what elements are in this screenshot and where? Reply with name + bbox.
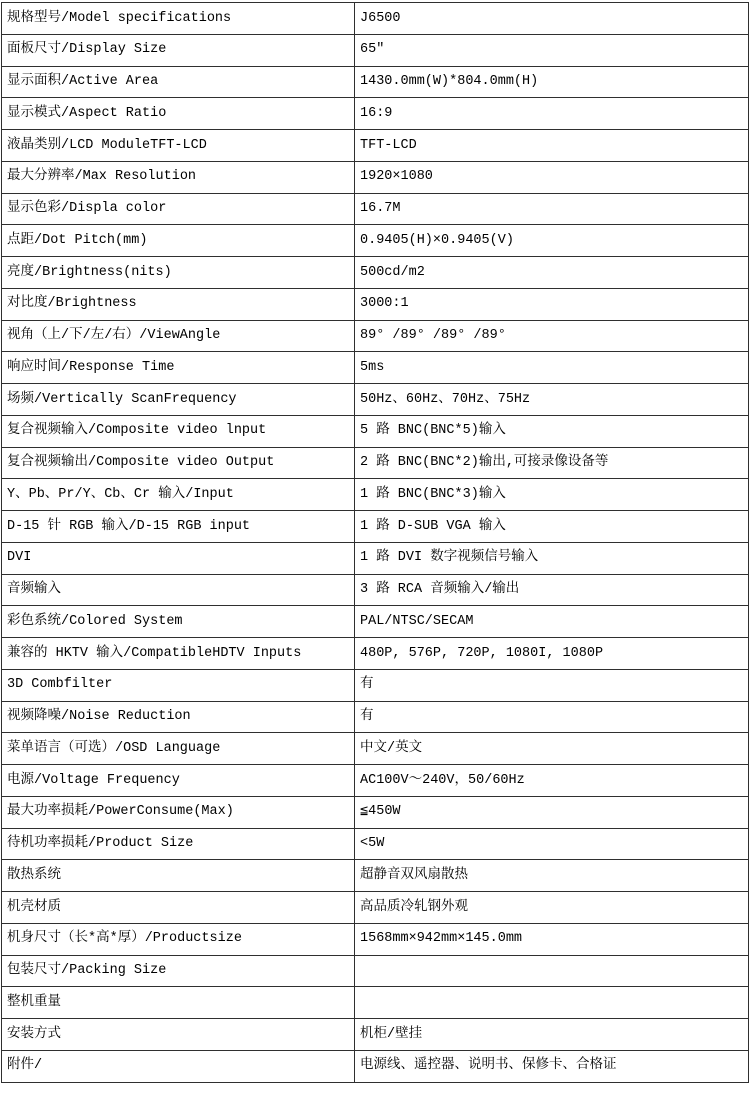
spec-value: 1 路 D-SUB VGA 输入: [355, 511, 749, 543]
table-row: 彩色系统/Colored System PAL/NTSC/SECAM: [2, 606, 749, 638]
spec-label: 亮度/Brightness(nits): [2, 257, 355, 289]
spec-table: 规格型号/Model specifications J6500 面板尺寸/Dis…: [1, 2, 749, 1083]
spec-label: DVI: [2, 542, 355, 574]
spec-label: 菜单语言（可选）/OSD Language: [2, 733, 355, 765]
spec-value: 1 路 BNC(BNC*3)输入: [355, 479, 749, 511]
spec-value: 16:9: [355, 98, 749, 130]
table-row: 场频/Vertically ScanFrequency 50Hz、60Hz、70…: [2, 384, 749, 416]
table-row: 对比度/Brightness 3000:1: [2, 288, 749, 320]
table-row: 亮度/Brightness(nits) 500cd/m2: [2, 257, 749, 289]
table-row: 整机重量: [2, 987, 749, 1019]
table-row: D-15 针 RGB 输入/D-15 RGB input 1 路 D-SUB V…: [2, 511, 749, 543]
spec-label: 电源/Voltage Frequency: [2, 765, 355, 797]
table-row: 复合视频输入/Composite video lnput 5 路 BNC(BNC…: [2, 415, 749, 447]
table-row: 显示模式/Aspect Ratio 16:9: [2, 98, 749, 130]
table-row: Y、Pb、Pr/Y、Cb、Cr 输入/Input 1 路 BNC(BNC*3)输…: [2, 479, 749, 511]
spec-value: 16.7M: [355, 193, 749, 225]
spec-label: 3D Combfilter: [2, 669, 355, 701]
spec-label: 液晶类别/LCD ModuleTFT-LCD: [2, 130, 355, 162]
spec-label: 场频/Vertically ScanFrequency: [2, 384, 355, 416]
spec-label: 待机功率损耗/Product Size: [2, 828, 355, 860]
spec-label: 音频输入: [2, 574, 355, 606]
table-row: 音频输入 3 路 RCA 音频输入/输出: [2, 574, 749, 606]
spec-value: [355, 987, 749, 1019]
spec-label: 复合视频输入/Composite video lnput: [2, 415, 355, 447]
spec-value: 2 路 BNC(BNC*2)输出,可接录像设备等: [355, 447, 749, 479]
spec-value: 5 路 BNC(BNC*5)输入: [355, 415, 749, 447]
spec-label: 最大功率损耗/PowerConsume(Max): [2, 796, 355, 828]
spec-label: 响应时间/Response Time: [2, 352, 355, 384]
spec-label: 对比度/Brightness: [2, 288, 355, 320]
spec-value: AC100V～240V，50/60Hz: [355, 765, 749, 797]
spec-label: 复合视频输出/Composite video Output: [2, 447, 355, 479]
table-row: 待机功率损耗/Product Size <5W: [2, 828, 749, 860]
table-row: 3D Combfilter 有: [2, 669, 749, 701]
spec-value: 65″: [355, 34, 749, 66]
table-row: 菜单语言（可选）/OSD Language 中文/英文: [2, 733, 749, 765]
spec-label: 安装方式: [2, 1019, 355, 1051]
spec-value: 3000:1: [355, 288, 749, 320]
table-row: 附件/ 电源线、遥控器、说明书、保修卡、合格证: [2, 1050, 749, 1082]
spec-value: 0.9405(H)×0.9405(V): [355, 225, 749, 257]
spec-value: 89° /89° /89° /89°: [355, 320, 749, 352]
table-row: 最大功率损耗/PowerConsume(Max) ≦450W: [2, 796, 749, 828]
spec-value: J6500: [355, 3, 749, 35]
table-row: 显示色彩/Displa color 16.7M: [2, 193, 749, 225]
table-row: 规格型号/Model specifications J6500: [2, 3, 749, 35]
spec-label: 包装尺寸/Packing Size: [2, 955, 355, 987]
table-row: 液晶类别/LCD ModuleTFT-LCD TFT-LCD: [2, 130, 749, 162]
spec-label: 机身尺寸（长*高*厚）/Productsize: [2, 923, 355, 955]
table-row: 机身尺寸（长*高*厚）/Productsize 1568mm×942mm×145…: [2, 923, 749, 955]
spec-label: D-15 针 RGB 输入/D-15 RGB input: [2, 511, 355, 543]
spec-value: PAL/NTSC/SECAM: [355, 606, 749, 638]
spec-value: [355, 955, 749, 987]
spec-label: 显示面积/Active Area: [2, 66, 355, 98]
spec-label: Y、Pb、Pr/Y、Cb、Cr 输入/Input: [2, 479, 355, 511]
spec-value: 有: [355, 669, 749, 701]
spec-value: 有: [355, 701, 749, 733]
table-row: 复合视频输出/Composite video Output 2 路 BNC(BN…: [2, 447, 749, 479]
spec-label: 显示色彩/Displa color: [2, 193, 355, 225]
table-row: 最大分辨率/Max Resolution 1920×1080: [2, 161, 749, 193]
spec-label: 规格型号/Model specifications: [2, 3, 355, 35]
table-row: 响应时间/Response Time 5ms: [2, 352, 749, 384]
spec-value: 1 路 DVI 数字视频信号输入: [355, 542, 749, 574]
spec-value: 1568mm×942mm×145.0mm: [355, 923, 749, 955]
spec-value: 50Hz、60Hz、70Hz、75Hz: [355, 384, 749, 416]
table-row: 兼容的 HKTV 输入/CompatibleHDTV Inputs 480P, …: [2, 638, 749, 670]
spec-value: 480P, 576P, 720P, 1080I, 1080P: [355, 638, 749, 670]
spec-value: 1920×1080: [355, 161, 749, 193]
spec-label: 彩色系统/Colored System: [2, 606, 355, 638]
spec-label: 散热系统: [2, 860, 355, 892]
table-row: 散热系统 超静音双风扇散热: [2, 860, 749, 892]
spec-sheet-page: 规格型号/Model specifications J6500 面板尺寸/Dis…: [0, 0, 750, 1105]
spec-value: 3 路 RCA 音频输入/输出: [355, 574, 749, 606]
table-row: 视频降噪/Noise Reduction 有: [2, 701, 749, 733]
table-row: 包装尺寸/Packing Size: [2, 955, 749, 987]
spec-value: 高品质冷轧钢外观: [355, 892, 749, 924]
table-row: 安装方式 机柜/壁挂: [2, 1019, 749, 1051]
spec-label: 附件/: [2, 1050, 355, 1082]
spec-label: 机壳材质: [2, 892, 355, 924]
table-row: 显示面积/Active Area 1430.0mm(W)*804.0mm(H): [2, 66, 749, 98]
spec-label: 最大分辨率/Max Resolution: [2, 161, 355, 193]
table-row: DVI 1 路 DVI 数字视频信号输入: [2, 542, 749, 574]
spec-value: 1430.0mm(W)*804.0mm(H): [355, 66, 749, 98]
spec-value: ≦450W: [355, 796, 749, 828]
spec-label: 面板尺寸/Display Size: [2, 34, 355, 66]
spec-value: 机柜/壁挂: [355, 1019, 749, 1051]
spec-label: 点距/Dot Pitch(mm): [2, 225, 355, 257]
spec-value: 超静音双风扇散热: [355, 860, 749, 892]
table-row: 点距/Dot Pitch(mm) 0.9405(H)×0.9405(V): [2, 225, 749, 257]
table-row: 电源/Voltage Frequency AC100V～240V，50/60Hz: [2, 765, 749, 797]
spec-value: 500cd/m2: [355, 257, 749, 289]
table-row: 面板尺寸/Display Size 65″: [2, 34, 749, 66]
spec-label: 整机重量: [2, 987, 355, 1019]
spec-label: 显示模式/Aspect Ratio: [2, 98, 355, 130]
spec-label: 视角（上/下/左/右）/ViewAngle: [2, 320, 355, 352]
spec-value: <5W: [355, 828, 749, 860]
table-row: 机壳材质 高品质冷轧钢外观: [2, 892, 749, 924]
spec-value: TFT-LCD: [355, 130, 749, 162]
spec-label: 兼容的 HKTV 输入/CompatibleHDTV Inputs: [2, 638, 355, 670]
spec-value: 中文/英文: [355, 733, 749, 765]
spec-label: 视频降噪/Noise Reduction: [2, 701, 355, 733]
spec-value: 电源线、遥控器、说明书、保修卡、合格证: [355, 1050, 749, 1082]
table-row: 视角（上/下/左/右）/ViewAngle 89° /89° /89° /89°: [2, 320, 749, 352]
spec-value: 5ms: [355, 352, 749, 384]
